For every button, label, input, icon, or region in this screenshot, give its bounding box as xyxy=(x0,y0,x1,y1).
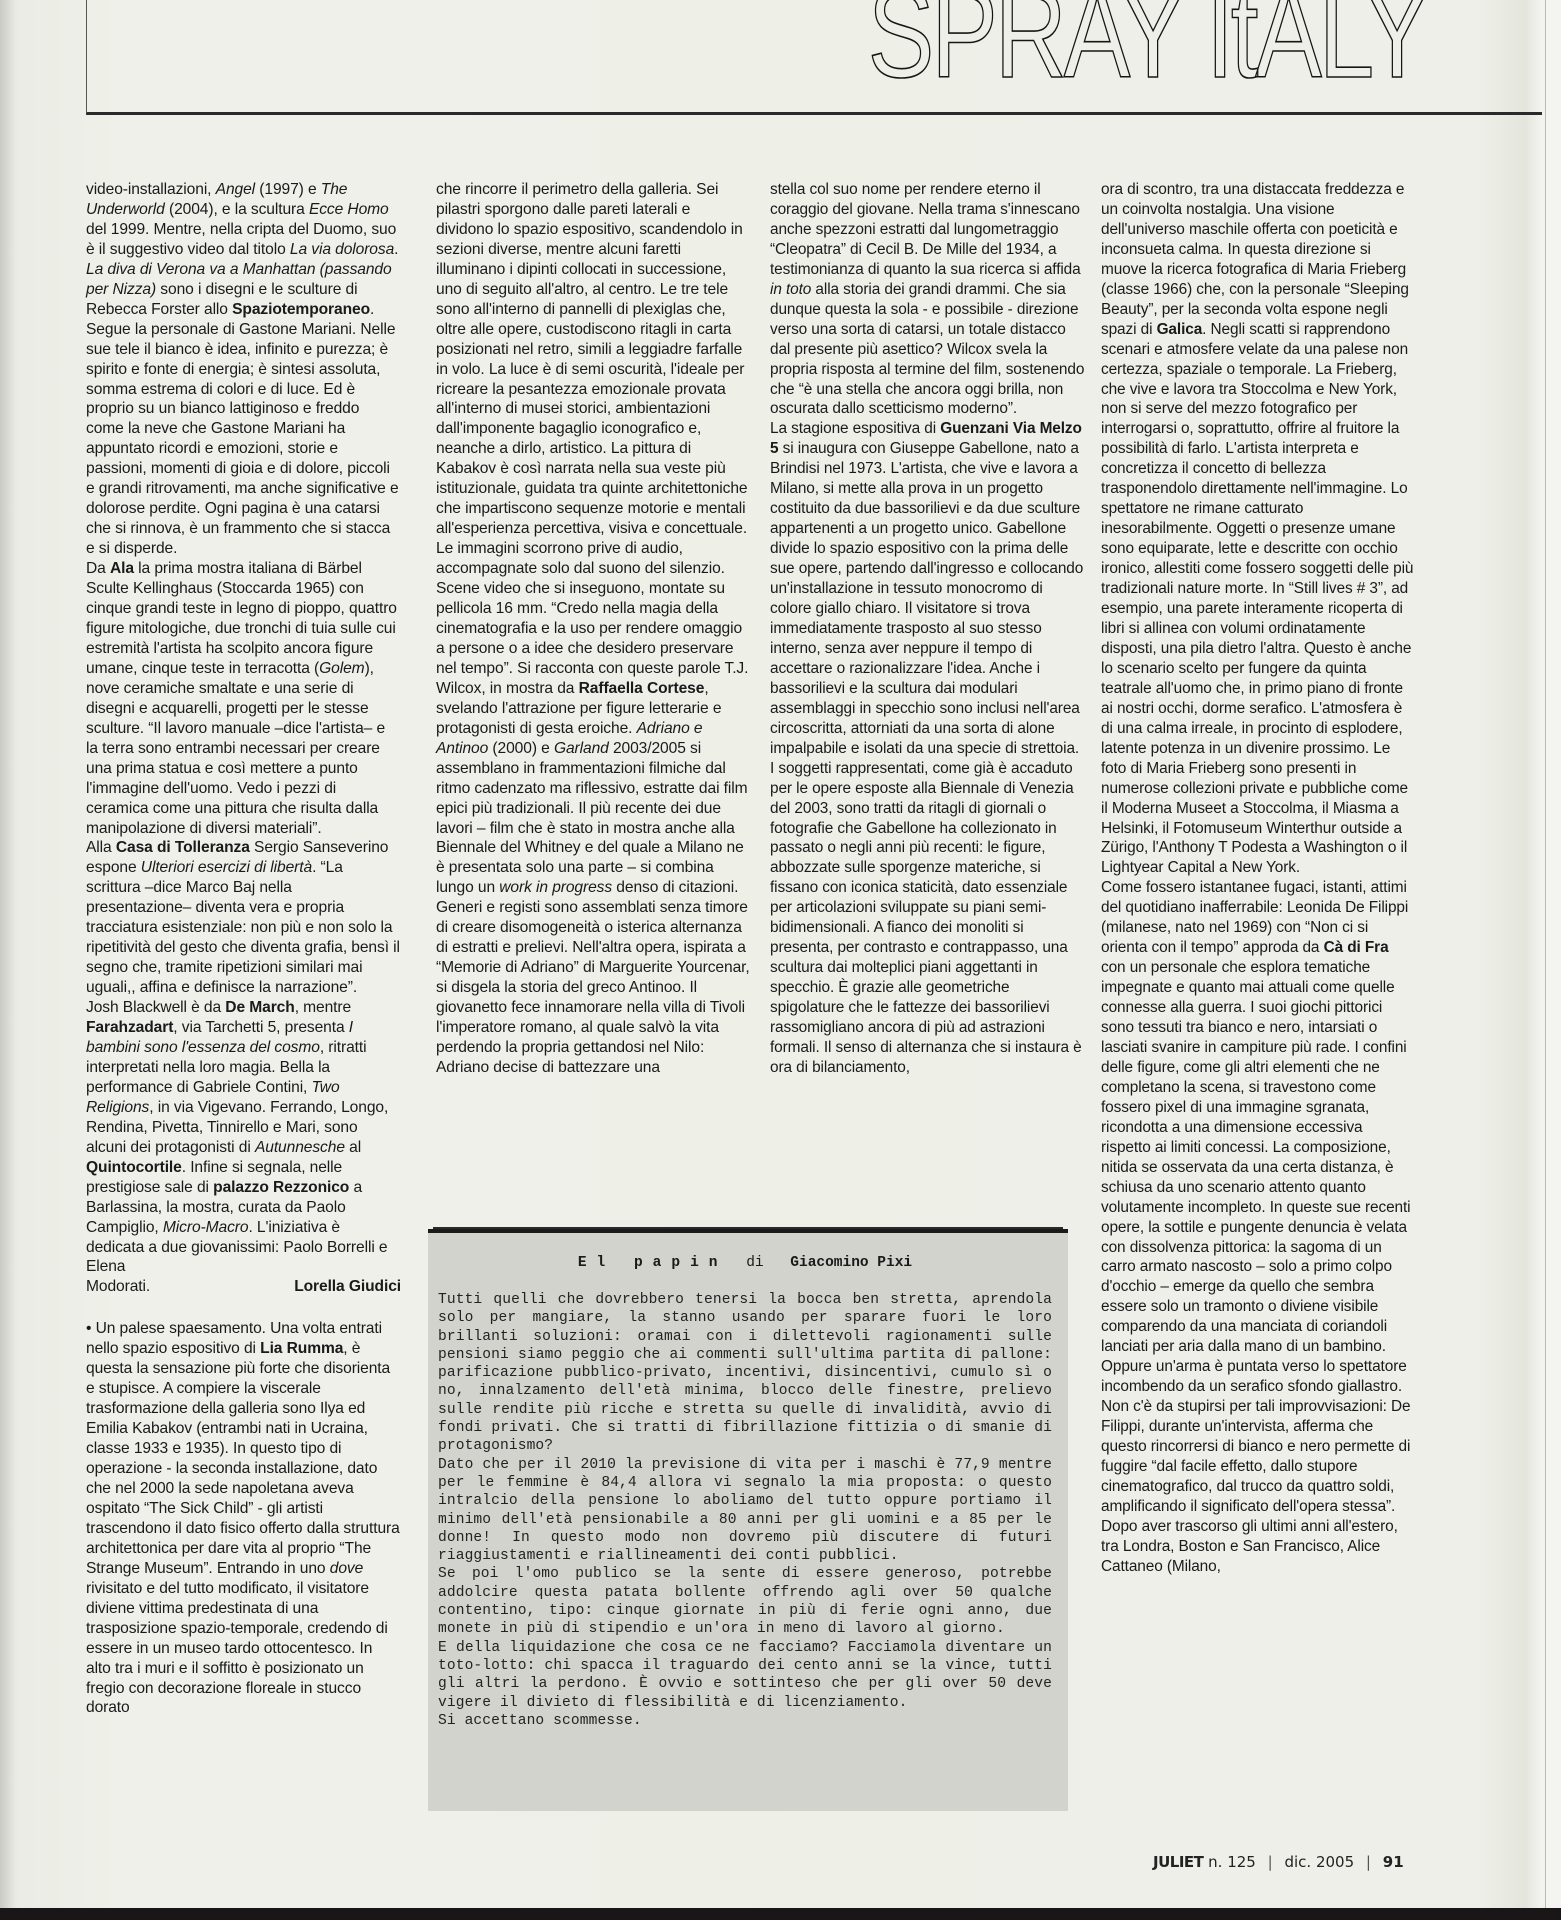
work-title-italic: Garland xyxy=(554,740,609,757)
work-title-italic: Autunnesche xyxy=(255,1139,345,1156)
issue-date: dic. 2005 xyxy=(1284,1853,1354,1871)
magazine-page: SPRAY ItALY video-installazioni, Angel (… xyxy=(0,0,1561,1920)
article-column-3: stella col suo nome per rendere eterno i… xyxy=(770,180,1085,1078)
work-title-italic: work in progress xyxy=(499,879,612,896)
article-paragraph: Le immagini scorrono prive di audio, acc… xyxy=(436,539,751,1078)
el-papin-sidebar-box: El papin di Giacomino Pixi Tutti quelli … xyxy=(428,1229,1068,1811)
issue-number: n. 125 xyxy=(1208,1853,1256,1871)
article-paragraph: La diva di Verona va a Manhattan (passan… xyxy=(86,260,401,559)
paragraph-gap xyxy=(86,1297,401,1319)
venue-name-bold: palazzo Rezzonico xyxy=(213,1179,349,1196)
work-title-italic: La diva di Verona va a Manhattan (passan… xyxy=(86,261,392,298)
sidebar-paragraph: Si accettano scommesse. xyxy=(438,1712,1052,1730)
magazine-name: JULIET xyxy=(1153,1853,1203,1871)
masthead-frame: SPRAY ItALY xyxy=(86,0,1542,115)
author-name: Lorella Giudici xyxy=(294,1277,401,1297)
article-paragraph: • Un palese spaesamento. Una volta entra… xyxy=(86,1319,401,1718)
column-4-body: ora di scontro, tra una distaccata fredd… xyxy=(1101,180,1416,1577)
article-paragraph: La stagione espositiva di Guenzani Via M… xyxy=(770,419,1085,1077)
venue-name-bold: De March xyxy=(225,999,294,1016)
work-title-italic: Ecce Homo xyxy=(309,201,389,218)
venue-name-bold: Casa di Tolleranza xyxy=(116,839,250,856)
sidebar-box-author: Giacomino Pixi xyxy=(790,1255,912,1271)
article-paragraph: Josh Blackwell è da De March, mentre Far… xyxy=(86,998,401,1277)
venue-name-bold: Quintocortile xyxy=(86,1159,182,1176)
venue-name-bold: Guenzani Via Melzo 5 xyxy=(770,420,1082,457)
article-column-1: video-installazioni, Angel (1997) e The … xyxy=(86,180,401,1718)
sidebar-paragraph: Se poi l'omo publico se la sente di esse… xyxy=(438,1565,1052,1638)
article-paragraph: Alla Casa di Tolleranza Sergio Sanseveri… xyxy=(86,838,401,998)
work-title-italic: Golem xyxy=(319,660,364,677)
column-1-body-continued: • Un palese spaesamento. Una volta entra… xyxy=(86,1319,401,1718)
column-3-body: stella col suo nome per rendere eterno i… xyxy=(770,180,1085,1078)
signature-line-text: Modorati. xyxy=(86,1277,150,1297)
venue-name-bold: Spaziotemporaneo xyxy=(232,301,370,318)
work-title-italic: Angel xyxy=(216,181,255,198)
masthead-title: SPRAY ItALY xyxy=(868,0,1427,98)
sidebar-paragraph: E della liquidazione che cosa ce ne facc… xyxy=(438,1639,1052,1712)
work-title-italic: Ulteriori esercizi di libertà xyxy=(141,859,312,876)
work-title-italic: dove xyxy=(330,1560,363,1577)
sidebar-paragraph: Tutti quelli che dovrebbero tenersi la b… xyxy=(438,1291,1052,1456)
page-right-edge xyxy=(1545,0,1561,1920)
venue-name-bold: Farahzadart xyxy=(86,1019,173,1036)
article-paragraph: Come fossero istantanee fugaci, istanti,… xyxy=(1101,878,1416,1517)
article-column-2: che rincorre il perimetro della galleria… xyxy=(436,180,751,1078)
work-title-italic: Two Religions xyxy=(86,1079,340,1116)
venue-name-bold: Cà di Fra xyxy=(1324,939,1389,956)
article-paragraph: Dopo aver trascorso gli ultimi anni all'… xyxy=(1101,1517,1416,1577)
article-column-4: ora di scontro, tra una distaccata fredd… xyxy=(1101,180,1416,1577)
article-paragraph: stella col suo nome per rendere eterno i… xyxy=(770,180,1085,419)
work-title-italic: in toto xyxy=(770,281,811,298)
work-title-italic: La via dolorosa xyxy=(290,241,394,258)
article-paragraph: che rincorre il perimetro della galleria… xyxy=(436,180,751,539)
column-1-body: video-installazioni, Angel (1997) e The … xyxy=(86,180,401,1277)
article-paragraph: video-installazioni, Angel (1997) e The … xyxy=(86,180,401,260)
page-spine-shadow xyxy=(0,0,14,1920)
column-2-body: che rincorre il perimetro della galleria… xyxy=(436,180,751,1078)
article-paragraph: Da Ala la prima mostra italiana di Bärbe… xyxy=(86,559,401,838)
sidebar-paragraph: Dato che per il 2010 la previsione di vi… xyxy=(438,1456,1052,1566)
work-title-italic: Micro-Macro xyxy=(163,1219,249,1236)
venue-name-bold: Ala xyxy=(110,560,134,577)
page-footer: JULIET n. 125 | dic. 2005 | 91 xyxy=(1153,1853,1404,1871)
sidebar-box-heading: El papin xyxy=(578,1255,728,1271)
venue-name-bold: Raffaella Cortese xyxy=(579,680,705,697)
page-bottom-edge xyxy=(0,1908,1561,1920)
venue-name-bold: Galica xyxy=(1157,321,1203,338)
venue-name-bold: Lia Rumma xyxy=(260,1340,343,1357)
footer-separator: | xyxy=(1268,1853,1273,1871)
sidebar-box-title: El papin di Giacomino Pixi xyxy=(438,1255,1052,1271)
footer-separator: | xyxy=(1366,1853,1371,1871)
article-paragraph: ora di scontro, tra una distaccata fredd… xyxy=(1101,180,1416,878)
sidebar-box-byline-di: di xyxy=(746,1255,763,1271)
page-number: 91 xyxy=(1383,1853,1404,1871)
article-signature: Modorati. Lorella Giudici xyxy=(86,1277,401,1297)
